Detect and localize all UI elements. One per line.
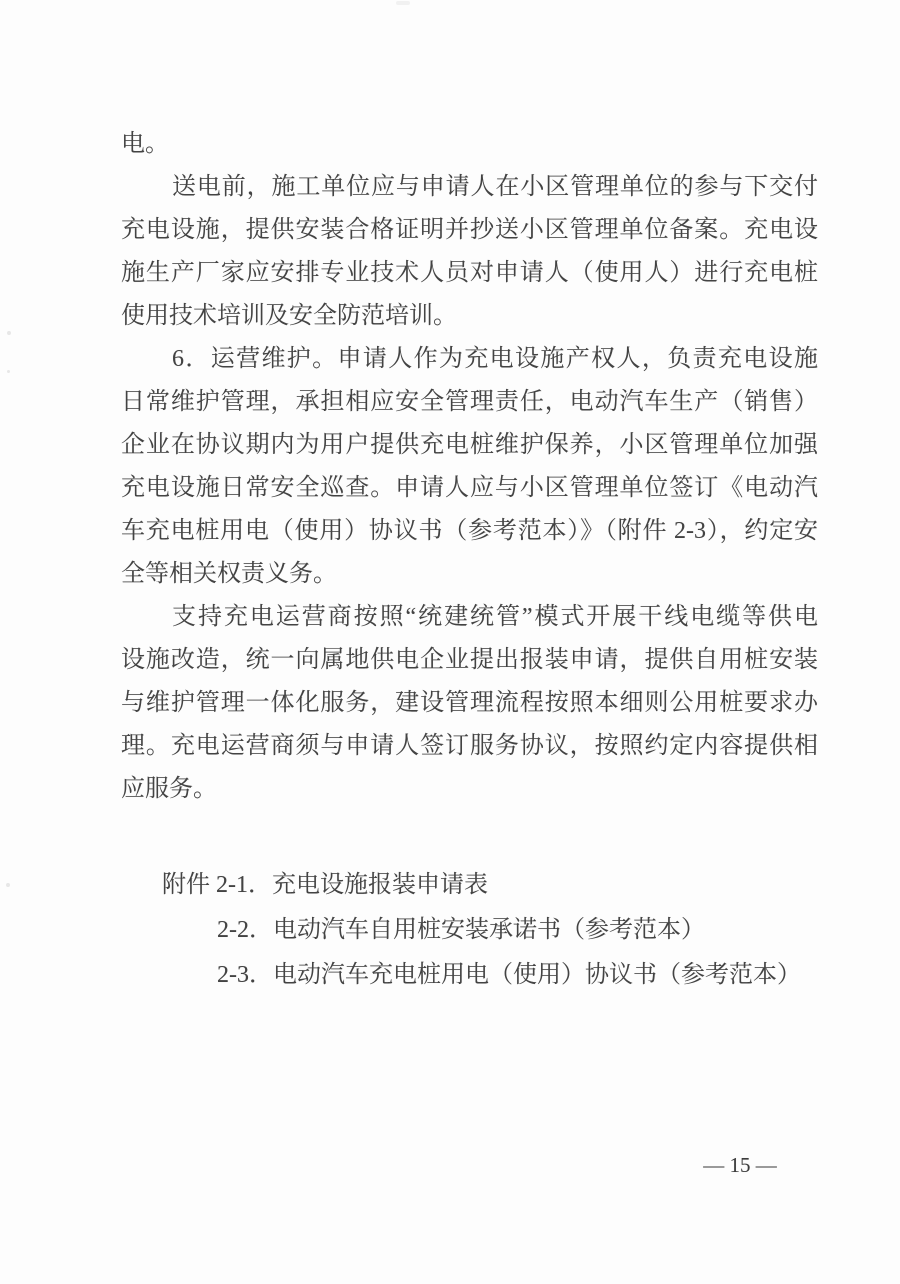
body-line: 应服务。 bbox=[121, 768, 818, 811]
body-line: 使用技术培训及安全防范培训。 bbox=[121, 295, 818, 338]
body-paragraphs: 电。 送电前，施工单位应与申请人在小区管理单位的参与下交付 充电设施，提供安装合… bbox=[121, 123, 818, 811]
scan-speck bbox=[7, 331, 11, 335]
body-line: 与维护管理一体化服务，建设管理流程按照本细则公用桩要求办 bbox=[121, 682, 818, 725]
body-line: 设施改造，统一向属地供电企业提出报装申请，提供自用桩安装 bbox=[121, 639, 818, 682]
document-page: 电。 送电前，施工单位应与申请人在小区管理单位的参与下交付 充电设施，提供安装合… bbox=[0, 0, 900, 1284]
body-line: 全等相关权责义务。 bbox=[121, 553, 818, 596]
body-line: 企业在协议期内为用户提供充电桩维护保养，小区管理单位加强 bbox=[121, 424, 818, 467]
body-line: 支持充电运营商按照“统建统管”模式开展干线电缆等供电 bbox=[121, 596, 818, 639]
page-number: — 15 — bbox=[680, 1153, 800, 1177]
body-line: 施生产厂家应安排专业技术人员对申请人（使用人）进行充电桩 bbox=[121, 252, 818, 295]
body-line: 充电设施日常安全巡查。申请人应与小区管理单位签订《电动汽 bbox=[121, 467, 818, 510]
attachment-item: 2-2．电动汽车自用桩安装承诺书（参考范本） bbox=[121, 908, 818, 953]
body-line: 日常维护管理，承担相应安全管理责任，电动汽车生产（销售） bbox=[121, 381, 818, 424]
body-line: 车充电桩用电（使用）协议书（参考范本）》（附件 2-3），约定安 bbox=[121, 510, 818, 553]
body-line: 电。 bbox=[121, 123, 818, 166]
scan-speck bbox=[6, 883, 10, 887]
attachment-list: 附件 2-1．充电设施报装申请表 2-2．电动汽车自用桩安装承诺书（参考范本） … bbox=[121, 863, 818, 998]
attachment-item: 附件 2-1．充电设施报装申请表 bbox=[121, 863, 818, 908]
attachment-item: 2-3．电动汽车充电桩用电（使用）协议书（参考范本） bbox=[121, 953, 818, 998]
body-line: 充电设施，提供安装合格证明并抄送小区管理单位备案。充电设 bbox=[121, 209, 818, 252]
body-line: 6．运营维护。申请人作为充电设施产权人，负责充电设施 bbox=[121, 338, 818, 381]
body-line: 理。充电运营商须与申请人签订服务协议，按照约定内容提供相 bbox=[121, 725, 818, 768]
scan-speck bbox=[7, 370, 10, 373]
scan-speck bbox=[396, 1, 410, 5]
body-line: 送电前，施工单位应与申请人在小区管理单位的参与下交付 bbox=[121, 166, 818, 209]
